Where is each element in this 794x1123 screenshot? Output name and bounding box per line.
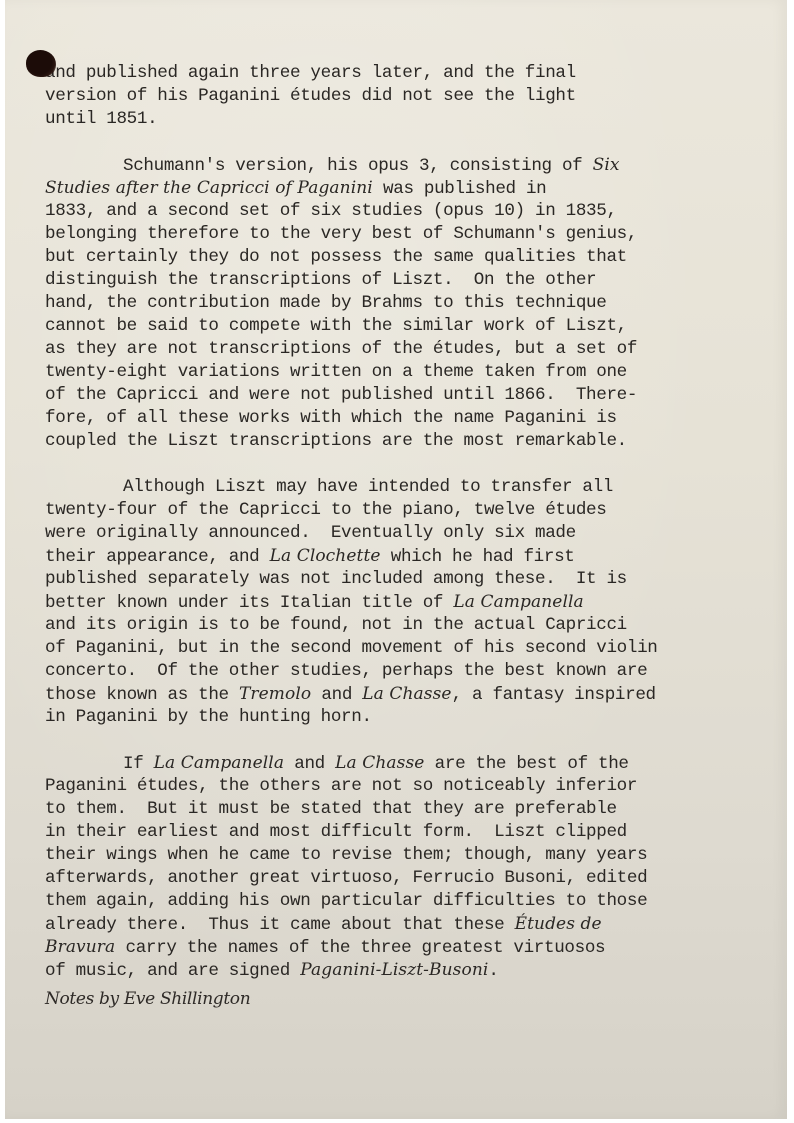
text-line: already there. Thus it came about that t… <box>45 913 745 936</box>
text-run: Although Liszt may have intended to tran… <box>123 477 613 497</box>
text-run: 1833, and a second set of six studies (o… <box>45 201 617 221</box>
text-line: belonging therefore to the very best of … <box>45 223 745 246</box>
italic-title: La Chasse <box>362 684 451 704</box>
text-run: Paganini études, the others are not so n… <box>45 776 637 796</box>
paragraph-gap <box>45 131 745 154</box>
text-run: fore, of all these works with which the … <box>45 408 617 428</box>
text-run: and <box>311 685 362 705</box>
text-line: their wings when he came to revise them;… <box>45 844 745 867</box>
text-line: were originally announced. Eventually on… <box>45 522 745 545</box>
text-run: and <box>284 754 335 774</box>
text-run: those known as the <box>45 685 239 705</box>
italic-title: Six <box>593 155 620 175</box>
italic-title: La Campanella <box>154 753 284 773</box>
text-line: Studies after the Capricci of Paganini w… <box>45 177 745 200</box>
italic-title: Études de <box>515 914 602 934</box>
text-line: of music, and are signed Paganini-Liszt-… <box>45 959 745 982</box>
text-run: as they are not transcriptions of the ét… <box>45 339 637 359</box>
text-run: of the Capricci and were not published u… <box>45 385 637 405</box>
text-line: twenty-four of the Capricci to the piano… <box>45 499 745 522</box>
text-run: but certainly they do not possess the sa… <box>45 247 627 267</box>
text-run: coupled the Liszt transcriptions are the… <box>45 431 627 451</box>
text-run: in their earliest and most difficult for… <box>45 822 627 842</box>
paragraph-p4: If La Campanella and La Chasse are the b… <box>45 752 745 982</box>
text-run: hand, the contribution made by Brahms to… <box>45 293 606 313</box>
text-line: cannot be said to compete with the simil… <box>45 315 745 338</box>
italic-title: Tremolo <box>239 684 311 704</box>
text-line: in their earliest and most difficult for… <box>45 821 745 844</box>
italic-title: La Chasse <box>335 753 424 773</box>
typed-page: and published again three years later, a… <box>5 0 787 1119</box>
italic-title: Paganini-Liszt-Busoni <box>300 960 488 980</box>
text-run: were originally announced. Eventually on… <box>45 523 576 543</box>
text-line: coupled the Liszt transcriptions are the… <box>45 430 745 453</box>
text-line: of the Capricci and were not published u… <box>45 384 745 407</box>
text-line: afterwards, another great virtuoso, Ferr… <box>45 867 745 890</box>
text-run: and its origin is to be found, not in th… <box>45 615 627 635</box>
text-line: distinguish the transcriptions of Liszt.… <box>45 269 745 292</box>
text-run: carry the names of the three greatest vi… <box>115 938 605 958</box>
text-line: and published again three years later, a… <box>45 62 745 85</box>
text-line: fore, of all these works with which the … <box>45 407 745 430</box>
text-run: of music, and are signed <box>45 961 300 981</box>
text-run: , a fantasy inspired <box>452 685 656 705</box>
ink-blot <box>26 50 56 77</box>
text-line: Schumann's version, his opus 3, consisti… <box>45 154 745 177</box>
italic-title: La Campanella <box>453 592 583 612</box>
text-run: to them. But it must be stated that they… <box>45 799 617 819</box>
text-run: already there. Thus it came about that t… <box>45 915 515 935</box>
text-line: those known as the Tremolo and La Chasse… <box>45 683 745 706</box>
paragraph-gap <box>45 729 745 752</box>
text-line: but certainly they do not possess the sa… <box>45 246 745 269</box>
text-line: better known under its Italian title of … <box>45 591 745 614</box>
text-line: If La Campanella and La Chasse are the b… <box>45 752 745 775</box>
paragraphs: and published again three years later, a… <box>45 62 745 982</box>
text-line: 1833, and a second set of six studies (o… <box>45 200 745 223</box>
text-run: their wings when he came to revise them;… <box>45 845 647 865</box>
paragraph-p3: Although Liszt may have intended to tran… <box>45 476 745 729</box>
text-run: are the best of the <box>424 754 628 774</box>
signature: Notes by Eve Shillington <box>45 988 745 1011</box>
text-run: afterwards, another great virtuoso, Ferr… <box>45 868 647 888</box>
text-run: concerto. Of the other studies, perhaps … <box>45 661 647 681</box>
text-run: until 1851. <box>45 109 157 129</box>
text-run: belonging therefore to the very best of … <box>45 224 637 244</box>
text-line: version of his Paganini études did not s… <box>45 85 745 108</box>
text-line: and its origin is to be found, not in th… <box>45 614 745 637</box>
text-line: as they are not transcriptions of the ét… <box>45 338 745 361</box>
text-line: their appearance, and La Clochette which… <box>45 545 745 568</box>
text-run: in Paganini by the hunting horn. <box>45 707 372 727</box>
text-run: Schumann's version, his opus 3, consisti… <box>123 156 593 176</box>
text-line: hand, the contribution made by Brahms to… <box>45 292 745 315</box>
text-line: until 1851. <box>45 108 745 131</box>
text-line: of Paganini, but in the second movement … <box>45 637 745 660</box>
paragraph-p1: and published again three years later, a… <box>45 62 745 131</box>
text-line: twenty-eight variations written on a the… <box>45 361 745 384</box>
text-run: distinguish the transcriptions of Liszt.… <box>45 270 596 290</box>
text-run: of Paganini, but in the second movement … <box>45 638 657 658</box>
italic-title: Studies after the Capricci of Paganini <box>45 178 373 198</box>
paragraph-gap <box>45 453 745 476</box>
document-body: and published again three years later, a… <box>45 62 745 1011</box>
text-run: twenty-eight variations written on a the… <box>45 362 627 382</box>
text-run: . <box>488 961 498 981</box>
paragraph-p2: Schumann's version, his opus 3, consisti… <box>45 154 745 453</box>
text-line: Although Liszt may have intended to tran… <box>45 476 745 499</box>
text-run: them again, adding his own particular di… <box>45 891 647 911</box>
text-line: to them. But it must be stated that they… <box>45 798 745 821</box>
text-run: twenty-four of the Capricci to the piano… <box>45 500 606 520</box>
text-run: cannot be said to compete with the simil… <box>45 316 627 336</box>
italic-title: La Clochette <box>270 546 381 566</box>
text-line: Bravura carry the names of the three gre… <box>45 936 745 959</box>
text-line: in Paganini by the hunting horn. <box>45 706 745 729</box>
text-run: If <box>123 754 154 774</box>
text-line: published separately was not included am… <box>45 568 745 591</box>
text-run: version of his Paganini études did not s… <box>45 86 576 106</box>
text-line: concerto. Of the other studies, perhaps … <box>45 660 745 683</box>
text-run: published separately was not included am… <box>45 569 627 589</box>
text-run: which he had first <box>381 547 575 567</box>
text-run: was published in <box>373 179 547 199</box>
text-run: their appearance, and <box>45 547 270 567</box>
text-line: Paganini études, the others are not so n… <box>45 775 745 798</box>
text-line: them again, adding his own particular di… <box>45 890 745 913</box>
text-run: better known under its Italian title of <box>45 593 453 613</box>
italic-title: Bravura <box>45 937 115 957</box>
text-run: and published again three years later, a… <box>45 63 576 83</box>
